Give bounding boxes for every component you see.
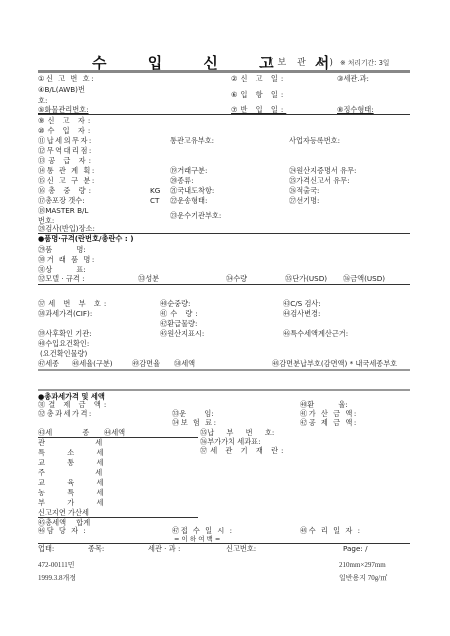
bl-no-label-line1: ④B/L(AWB)번 [38,85,85,94]
requirement-check-quantity-label: (요건확인물량) [40,350,87,357]
inspection-place-field[interactable]: ㉘검사(반입)장소: [38,225,95,232]
revision-date: 1999.3.8개정 [38,575,76,582]
declaration-type-field[interactable]: ⑮신 고 구 분: [38,177,96,184]
trade-name-field[interactable]: ㉚거 래 품 명: [38,256,96,263]
item-section-divider [38,284,410,285]
domestic-port-field[interactable]: ㉑국내도착항: [170,187,214,194]
tax-kind-header: ㊸세 종 [38,429,89,436]
package-unit: CT [150,197,159,204]
payment-no-field[interactable]: ㉟납 부 번 호: [200,429,274,436]
exchange-rate-field[interactable]: ㊵환 율: [300,401,348,408]
business-item-field: 종목: [88,545,104,552]
customs-entry-field[interactable]: ㊲세 관 기 재 란: [200,447,286,454]
page-indicator: Page: / [343,545,368,552]
transaction-type-field[interactable]: ⑲거래구분: [170,167,207,174]
receipt-time-field[interactable]: ㊼접 수 일 시 : [172,527,234,534]
arrival-date-field[interactable]: ⑥입 항 일: [231,91,286,98]
tax-row-liquor: 주 세 [38,469,102,476]
paper-type: 일반용지 70g/㎡ [339,575,387,582]
business-reg-no-field[interactable]: 사업자등록번호: [289,137,340,144]
tariff-section-divider [38,369,410,371]
form-number: 472-00111민 [38,562,75,569]
vat-base-field[interactable]: ㊱부가가치 세과표: [200,438,261,445]
customs-office-label: ③세관.과: [337,74,369,83]
total-section-top-divider [38,389,410,391]
footer-declaration-no: 신고번호: [226,545,256,552]
bl-no-label-line2: 호: [38,97,47,104]
product-name-field[interactable]: ㉙품 명: [38,246,86,253]
tariff-quantity-field[interactable]: ㊶수 량: [160,310,201,317]
processing-period-note: ※ 처리기간: 3일 [340,60,389,67]
tax-amount-header: ㊹세액 [104,429,125,436]
trade-agent-field[interactable]: ⑫무역대리점: [38,147,93,154]
collection-type-field[interactable]: ⑧징수형태: [337,106,374,113]
price-declaration-field[interactable]: ㉕가격신고서 유무: [289,177,350,184]
tax-row-late-penalty: 신고지연 가산세 [38,509,89,516]
tax-row-vat: 부 가 세 [38,499,103,506]
tax-kind-header-label: ㊸세 종 [38,428,89,437]
customs-code-field[interactable]: 통관고유부호: [170,137,214,144]
supplier-field[interactable]: ⑬공 급 자: [38,157,94,164]
customs-dept-field: 세관 · 과 : [148,545,180,552]
post-check-agency-field[interactable]: ㊴사후확인 기관: [38,330,92,337]
brand-label: ㉛상 표: [38,265,86,274]
tax-row-transport: 교 통 세 [38,459,103,466]
reduction-code-column: ㊽감면분납부호(감면액) * 내국세종부호 [272,360,397,367]
inspection-change-field[interactable]: ㊹검사변경: [283,310,320,317]
requirement-check-field[interactable]: ㊵수입요건확인: [38,340,89,347]
model-spec-field[interactable]: ㉜모델 · 규격 : [38,275,85,282]
paper-size: 210mm×297mm [339,562,386,569]
cs-inspection-field[interactable]: ㊸C/S 검사: [283,300,321,307]
top-section-divider [38,114,410,115]
declarant-field[interactable]: ⑨신 고 자: [38,117,93,124]
special-tax-basis-field[interactable]: ㊻특수세액계산근거: [283,330,348,337]
weight-unit: KG [150,187,160,194]
tax-row-customs: 관 세 [38,439,102,446]
total-taxable-field[interactable]: ㉜총과세가격: [38,410,93,417]
cargo-mgmt-no-field[interactable]: ⑤화물관리번호: [38,106,89,113]
importer-field[interactable]: ⑩수 입 자: [38,127,93,134]
refund-quantity-field[interactable]: ㊷환급물량: [160,320,197,327]
freight-label: ㉝운 임: [172,409,214,418]
arrival-date-label: ⑥입 항 일: [231,90,286,99]
total-packages-field[interactable]: ⑰총포장 갯수: [38,197,85,204]
deducted-amount-field[interactable]: ㊷공 제 금 액: [300,419,358,426]
tax-row-education: 교 육 세 [38,479,103,486]
net-weight-field[interactable]: ㊵순중량: [160,300,190,307]
reduction-rate-column: ㊾감면율 [132,360,160,367]
carrier-code-field[interactable]: ㉓운수기관부호: [170,212,221,219]
freight-field[interactable]: ㉝운 임: [172,410,214,417]
declaration-no-label: ①신 고 번 호: [38,74,95,83]
added-amount-field[interactable]: ㊶가 산 금 액: [300,410,358,417]
officer-field[interactable]: ㊻담 당 자 : [38,527,87,534]
transport-type-field[interactable]: ㉒운송형태: [170,197,207,204]
copy-type-label: (보 관 용) [270,59,337,68]
origin-mark-field[interactable]: ㊺원산지표시: [160,330,204,337]
hs-code-field[interactable]: ㊲세 번 부 호: [38,300,109,307]
component-field[interactable]: ㉝성분 [138,275,159,282]
total-weight-field[interactable]: ⑯총 중 량: [38,187,94,194]
declaration-date-label: ②신 고 일: [231,74,286,83]
payment-amount-field[interactable]: ㉛결 제 금 액: [38,401,109,408]
blank-notice: = 이 하 여 백 = [174,536,220,543]
customs-office-field[interactable]: ③세관.과: [337,75,369,82]
export-country-field[interactable]: ㉖적출국: [289,187,319,194]
clearance-plan-field[interactable]: ⑭통 관 계 획: [38,167,96,174]
tax-row-rural-special: 농 특 세 [38,489,103,496]
product-name-label: ㉙품 명: [38,245,86,254]
import-date-field[interactable]: ⑦반 입 일: [231,106,286,113]
taxpayer-field[interactable]: ⑪납세의무자: [38,137,93,144]
master-bl-field[interactable]: ⑱MASTER B/L [38,207,88,214]
taxable-value-field[interactable]: ㊳과세가격(CIF): [38,310,92,317]
tax-type-column: ㊼세종 [38,360,59,367]
kind-field[interactable]: ⑳종류: [170,177,194,184]
unit-price-field[interactable]: ㉟단가(USD) [285,275,327,282]
brand-field[interactable]: ㉛상 표: [38,266,86,273]
quantity-field[interactable]: ㉞수량 [226,275,247,282]
business-type-field: 업태: [38,545,54,552]
tax-row-special-consumption: 특 소 세 [38,449,103,456]
origin-cert-field[interactable]: ㉔원산지증명서 유무: [289,167,356,174]
item-section-heading: ●품명·규격(란번호/총란수 : ) [38,235,134,242]
declaration-no-field[interactable]: ①신 고 번 호: [38,75,95,82]
bl-no-field[interactable]: ④B/L(AWB)번 [38,86,85,93]
cargo-mgmt-no-label: ⑤화물관리번호: [38,105,89,114]
import-date-label: ⑦반 입 일: [231,105,286,114]
header-divider [38,70,410,73]
vessel-field[interactable]: ㉗선기명: [289,197,319,204]
declaration-date-field[interactable]: ②신 고 일: [231,75,286,82]
tax-amount-column: ㊿세액 [174,360,195,367]
acceptance-date-field[interactable]: ㊽수 리 일 자 : [300,527,362,534]
collection-type-label: ⑧징수형태: [337,105,374,114]
insurance-field[interactable]: ㉞보 험 료: [172,419,218,426]
amount-field[interactable]: ㊱금액(USD) [343,275,385,282]
exchange-rate-label: ㊵환 율: [300,400,348,409]
tax-rate-column: ㊽세율(구분) [72,360,113,367]
